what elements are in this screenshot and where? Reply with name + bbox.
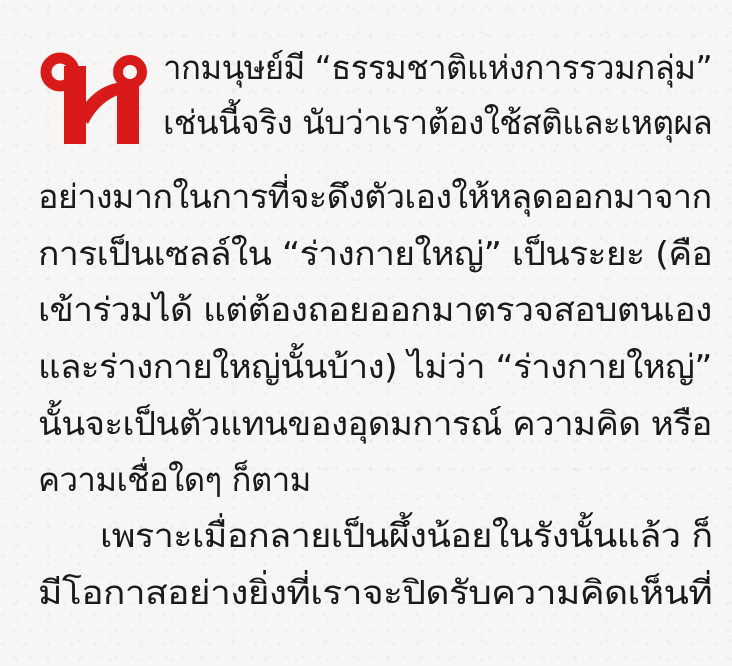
article-excerpt: ากมนุษย์มี “ธรรมชาติแห่งการรวมกลุ่ม” เช่…	[0, 0, 732, 666]
drop-cap-ho-hip-glyph-icon	[38, 50, 154, 144]
paragraph-1-line-7: นั้นจะเป็นตัวแทนของอุดมการณ์ ความคิด หรื…	[38, 404, 712, 444]
drop-cap-letter	[38, 50, 154, 144]
paragraph-1-line-4: การเป็นเซลล์ใน “ร่างกายใหญ่” เป็นระยะ (ค…	[38, 234, 712, 274]
paragraph-2-line-1: เพราะเมื่อกลายเป็นผึ้งน้อยในรังนั้นแล้ว …	[100, 516, 712, 556]
paragraph-1-line-8: ความเชื่อใดๆ ก็ตาม	[38, 460, 311, 500]
paragraph-1-line-2: เช่นนี้จริง นับว่าเราต้องใช้สติและเหตุผล	[163, 103, 712, 143]
paragraph-1-line-6: และร่างกายใหญ่นั้นบ้าง) ไม่ว่า “ร่างกายใ…	[38, 347, 712, 387]
paragraph-1-line-5: เข้าร่วมได้ แต่ต้องถอยออกมาตรวจสอบตนเอง	[38, 290, 712, 330]
paragraph-1-line-3: อย่างมากในการที่จะดึงตัวเองให้หลุดออกมาจ…	[38, 177, 712, 217]
paragraph-2-line-2: มีโอกาสอย่างยิ่งที่เราจะปิดรับความคิดเห็…	[38, 573, 712, 613]
paragraph-1-line-1: ากมนุษย์มี “ธรรมชาติแห่งการรวมกลุ่ม”	[163, 48, 712, 88]
